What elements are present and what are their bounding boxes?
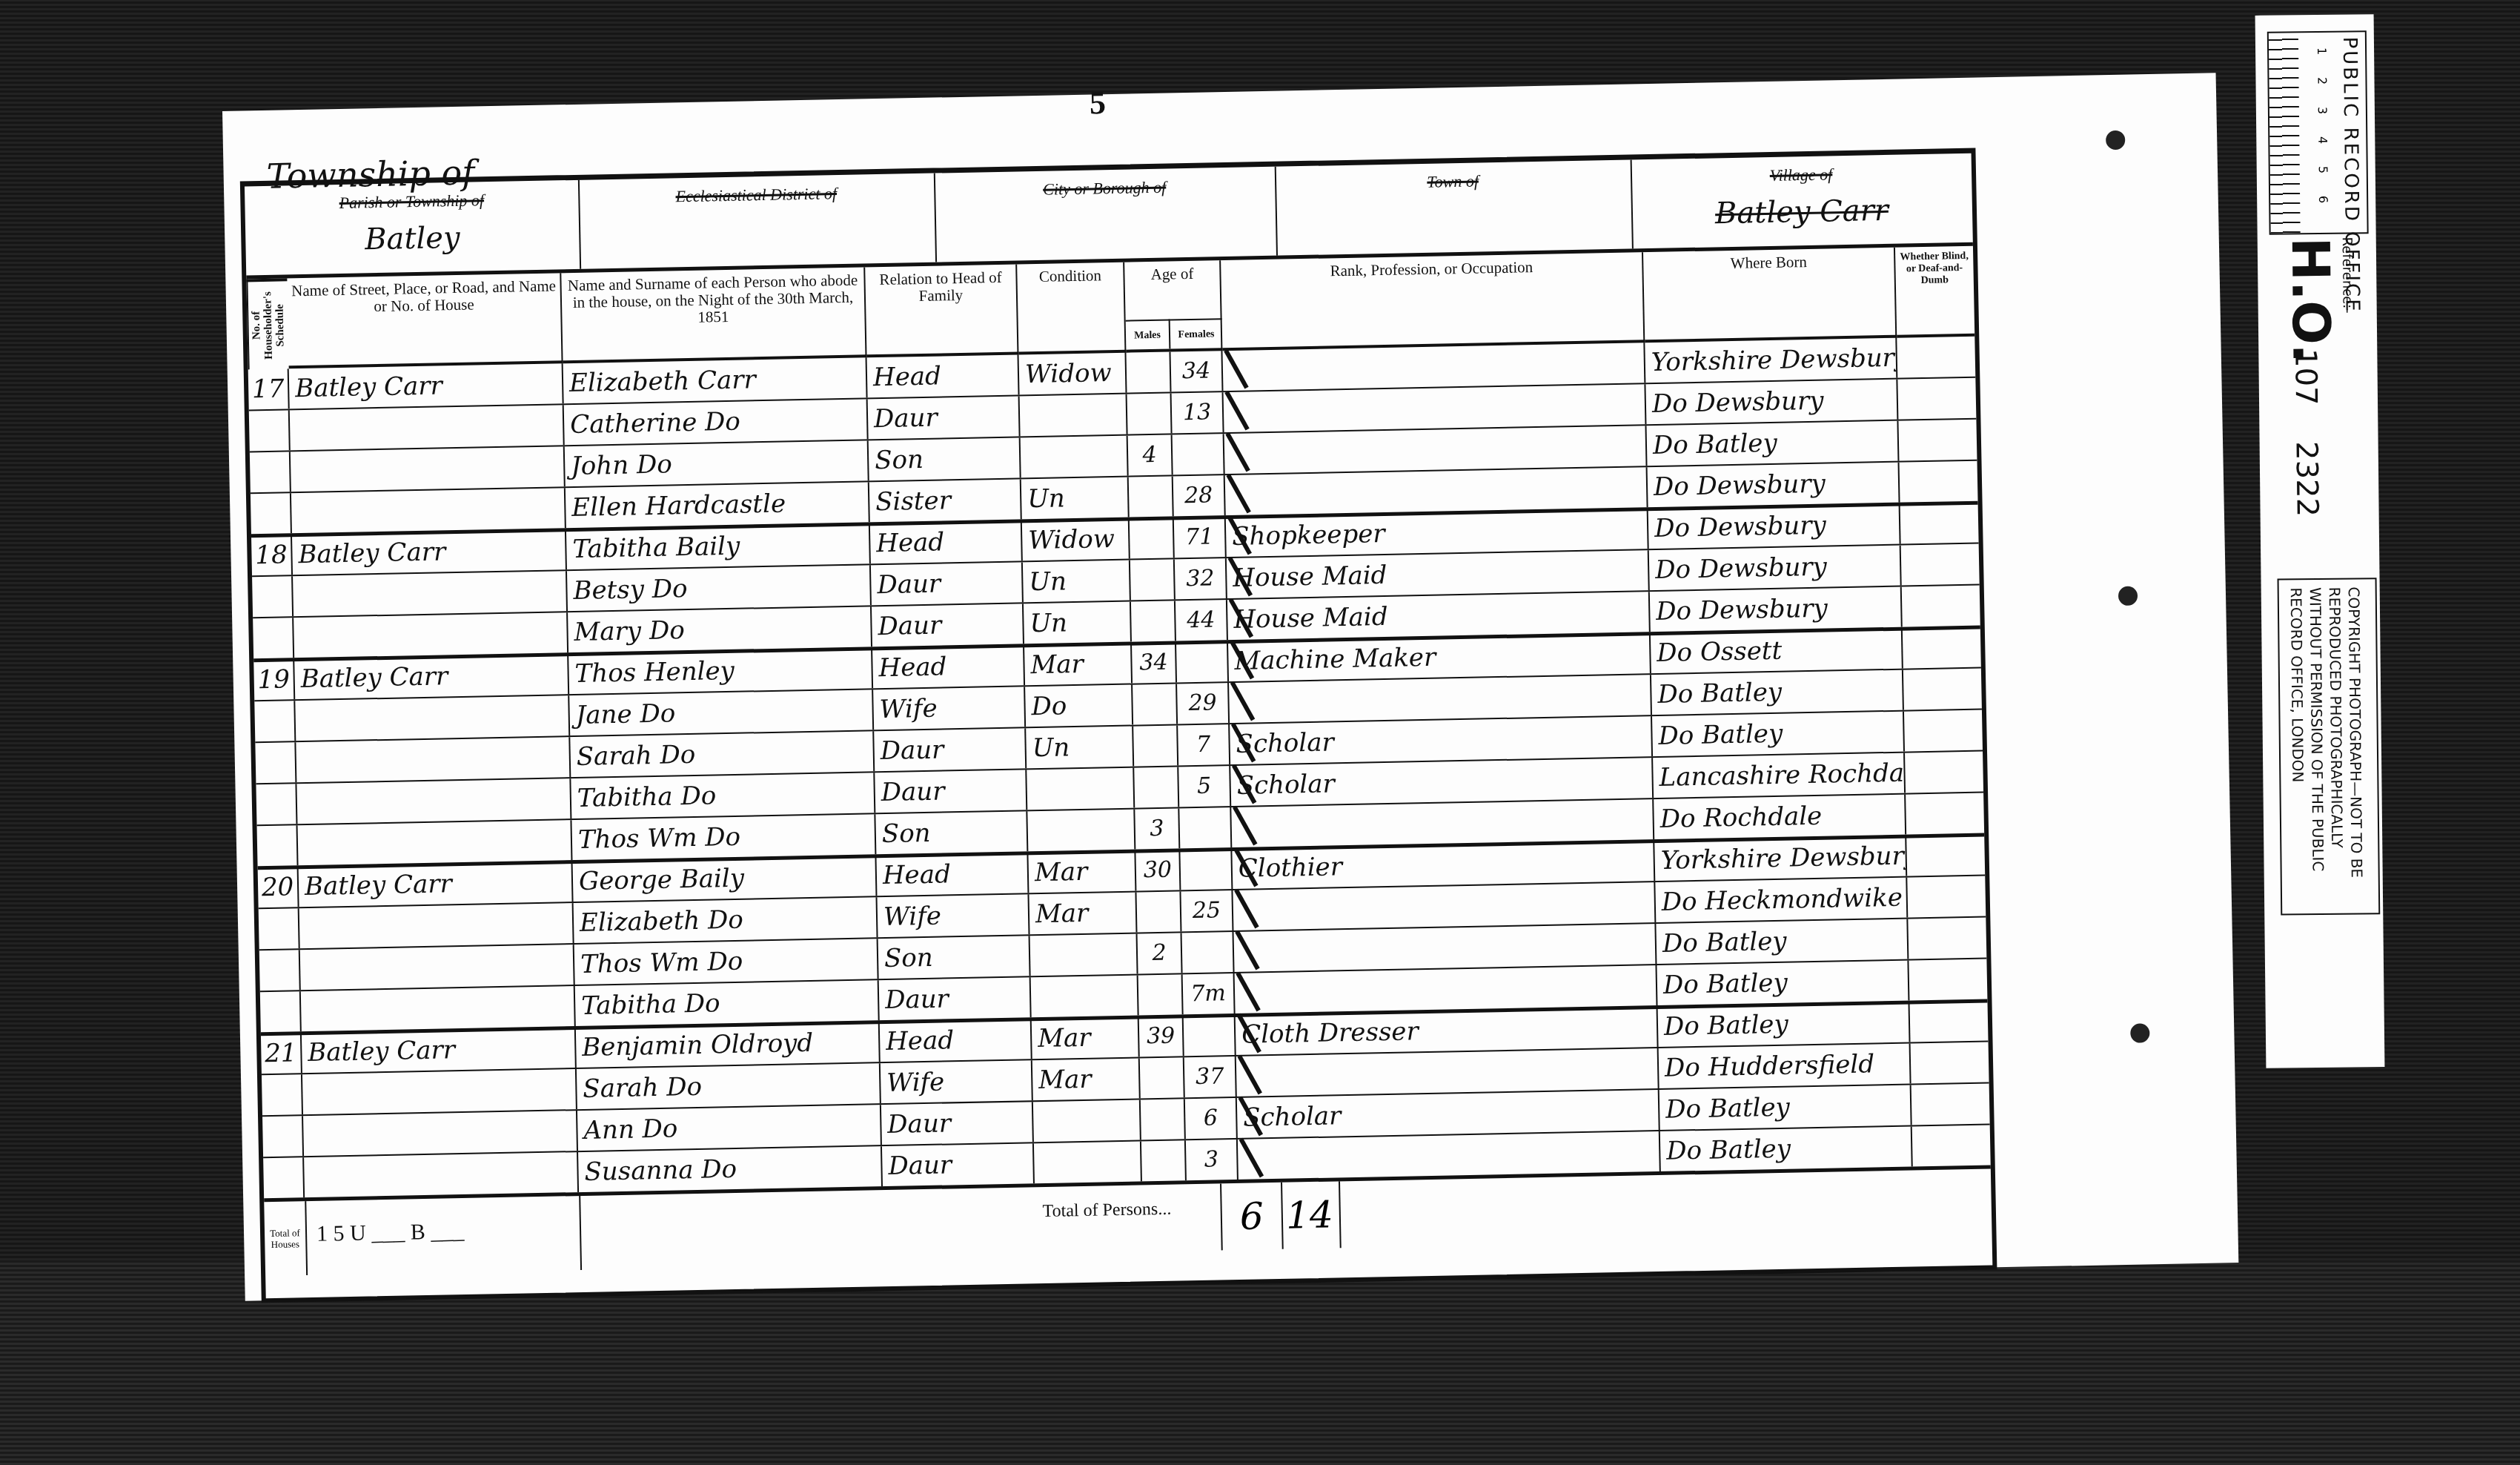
cell-relation: Daur	[872, 603, 1024, 646]
cell-male-age	[1141, 1099, 1186, 1140]
cell-male-age	[1133, 684, 1178, 724]
cell-schedule	[250, 452, 291, 492]
cell-relation: Head	[876, 853, 1029, 896]
cell-female-age: 5	[1178, 766, 1231, 807]
cell-occupation: Scholar	[1230, 758, 1654, 806]
cell-address: Batley Carr	[302, 1028, 577, 1073]
cell-male-age	[1130, 517, 1175, 558]
cell-name: Tabitha Do	[571, 773, 875, 819]
cell-schedule: 19	[253, 659, 295, 700]
cell-name: Sarah Do	[570, 731, 875, 777]
cell-condition: Un	[1023, 560, 1131, 603]
cell-occupation: House Maid	[1227, 550, 1650, 598]
cell-occupation	[1238, 1131, 1661, 1180]
cell-address	[300, 945, 575, 990]
reference-class: H.O.	[2280, 237, 2342, 364]
reference-folio: 2322	[2289, 441, 2324, 517]
cell-blind	[1903, 669, 1982, 710]
census-form: Township of Parish or Township of Batley…	[240, 148, 1997, 1303]
cell-male-age	[1126, 351, 1171, 392]
cell-address	[291, 446, 566, 492]
cell-male-age	[1141, 1140, 1187, 1181]
cell-occupation: Cloth Dresser	[1236, 1007, 1659, 1055]
cell-blind	[1905, 752, 1983, 793]
total-persons-label: Total of Persons...	[1042, 1200, 1171, 1222]
cell-schedule	[254, 701, 296, 741]
cell-condition: Mar	[1032, 1058, 1141, 1100]
cell-occupation: Scholar	[1230, 716, 1653, 764]
cell-where-born: Do Dewsbury	[1648, 504, 1901, 549]
cell-name: Susanna Do	[578, 1146, 883, 1192]
cell-relation: Head	[872, 645, 1025, 688]
cell-relation: Son	[875, 811, 1028, 854]
reference-label: Reference:-	[2339, 237, 2355, 313]
cell-condition	[1031, 975, 1139, 1017]
cell-female-age: 29	[1177, 683, 1230, 724]
cell-male-age: 39	[1139, 1016, 1184, 1056]
cell-name: Thos Wm Do	[574, 939, 879, 985]
cell-blind	[1909, 1001, 1988, 1042]
total-females: 14	[1279, 1181, 1342, 1249]
cell-male-age: 34	[1132, 642, 1177, 683]
total-houses: Total of Houses 1 5 U ___ B ___	[264, 1196, 582, 1276]
cell-occupation	[1229, 675, 1652, 723]
cell-male-age: 4	[1128, 434, 1173, 475]
cell-occupation	[1233, 882, 1656, 930]
cell-address	[291, 488, 566, 533]
cell-relation: Wife	[881, 1060, 1033, 1103]
cell-name: Tabitha Do	[575, 980, 880, 1026]
page-number: 5	[1090, 84, 1107, 122]
cell-where-born: Yorkshire Dewsbury	[1654, 836, 1907, 882]
total-houses-value: 1 5 U ___ B ___	[316, 1219, 465, 1247]
cell-condition: Do	[1025, 685, 1133, 727]
cell-address: Batley Carr	[294, 654, 569, 699]
cell-condition	[1027, 810, 1135, 852]
cell-where-born: Do Ossett	[1651, 629, 1903, 674]
cell-relation: Head	[870, 520, 1023, 563]
village-value: Batley Carr	[1631, 192, 1973, 233]
census-page: 5 Township of Parish or Township of Batl…	[222, 73, 2238, 1300]
cell-blind	[1900, 461, 1978, 503]
cell-occupation	[1225, 467, 1648, 515]
cell-where-born: Do Batley	[1660, 1126, 1913, 1171]
cell-where-born: Do Dewsbury	[1649, 546, 1902, 591]
cell-name: Benjamin Oldroyd	[576, 1022, 881, 1068]
cell-occupation	[1222, 343, 1645, 391]
cell-male-age	[1136, 891, 1181, 932]
cell-name: Betsy Do	[567, 565, 872, 611]
cell-schedule	[249, 410, 291, 451]
cell-name: Catherine Do	[564, 399, 869, 445]
cell-condition	[1034, 1141, 1142, 1183]
cell-relation: Wife	[873, 687, 1026, 730]
cell-female-age: 44	[1176, 600, 1228, 641]
cell-female-age	[1176, 641, 1229, 682]
cell-schedule	[256, 784, 297, 824]
cell-where-born: Do Batley	[1651, 670, 1904, 715]
cell-blind	[1911, 1083, 1990, 1125]
col-name: Name and Surname of each Person who abod…	[561, 267, 866, 363]
cell-occupation	[1235, 965, 1658, 1013]
cell-condition	[1021, 436, 1129, 478]
reference-piece: 107	[2288, 348, 2323, 406]
cell-blind	[1897, 337, 1975, 378]
cell-where-born: Do Huddersfield	[1659, 1044, 1911, 1089]
cell-blind	[1901, 544, 1980, 586]
cell-address	[298, 820, 573, 865]
cell-schedule	[262, 1074, 303, 1115]
cell-name: Elizabeth Do	[574, 897, 878, 943]
cell-female-age	[1182, 932, 1235, 973]
col-blind-deaf: Whether Blind, or Deaf-and-Dumb	[1895, 246, 1974, 338]
cell-name: Thos Wm Do	[571, 814, 876, 860]
total-males: 6	[1220, 1183, 1284, 1251]
cell-where-born: Do Dewsbury	[1650, 587, 1903, 632]
archive-reference-slip: 1 2 3 4 5 6 PUBLIC RECORD OFFICE Referen…	[2255, 14, 2385, 1068]
cell-condition: Un	[1026, 727, 1134, 769]
cell-female-age	[1184, 1015, 1236, 1056]
cell-condition: Widow	[1022, 519, 1130, 561]
cell-condition	[1027, 768, 1135, 810]
cell-blind	[1900, 503, 1979, 544]
cell-male-age: 3	[1135, 808, 1180, 849]
cell-relation: Son	[869, 437, 1021, 480]
cell-male-age	[1130, 559, 1176, 600]
cell-occupation	[1234, 924, 1657, 972]
ruler-ticks	[2269, 33, 2301, 233]
cell-name: Mary Do	[568, 606, 872, 652]
punch-hole	[2130, 1023, 2149, 1042]
cell-occupation: Shopkeeper	[1226, 509, 1649, 557]
cell-female-age: 3	[1186, 1140, 1239, 1180]
cell-address	[302, 1069, 577, 1114]
cell-relation: Wife	[878, 894, 1030, 937]
cell-where-born: Do Batley	[1652, 712, 1905, 757]
cell-schedule: 18	[251, 535, 293, 575]
col-where-born: Where Born	[1643, 248, 1897, 343]
cell-occupation: House Maid	[1227, 592, 1651, 640]
cell-where-born: Do Dewsbury	[1645, 380, 1898, 425]
cell-relation: Daur	[875, 770, 1027, 813]
cell-condition: Mar	[1029, 893, 1137, 935]
header-city-borough: City or Borough of	[934, 167, 1278, 262]
cell-blind	[1906, 835, 1985, 876]
cell-address	[293, 571, 568, 616]
cell-where-born: Do Dewsbury	[1648, 463, 1900, 508]
cell-male-age	[1127, 393, 1173, 434]
cell-blind	[1904, 710, 1983, 752]
cell-condition	[1033, 1099, 1141, 1142]
cell-schedule	[260, 991, 302, 1032]
col-occupation: Rank, Profession, or Occupation	[1221, 252, 1645, 351]
cell-condition: Widow	[1019, 353, 1127, 395]
cell-name: Ellen Hardcastle	[566, 482, 870, 528]
cell-male-age	[1134, 767, 1179, 807]
cell-relation: Daur	[882, 1143, 1035, 1186]
cell-address	[290, 405, 565, 450]
copyright-notice: COPYRIGHT PHOTOGRAPH—NOT TO BE REPRODUCE…	[2278, 578, 2381, 915]
header-town: Town of	[1275, 160, 1634, 256]
cell-female-age: 71	[1174, 517, 1227, 558]
cell-male-age	[1131, 601, 1176, 641]
parish-value: Batley	[245, 219, 580, 259]
cell-schedule	[262, 1116, 304, 1157]
cell-relation: Daur	[881, 1102, 1034, 1145]
header-village: Village of Batley Carr	[1631, 153, 1973, 249]
cell-name: Elizabeth Carr	[563, 357, 868, 403]
punch-hole	[2118, 586, 2138, 606]
cell-female-age: 37	[1184, 1056, 1237, 1097]
cell-occupation	[1231, 799, 1654, 847]
cell-condition: Mar	[1028, 851, 1136, 893]
cell-female-age: 25	[1181, 890, 1233, 931]
cell-where-born: Do Heckmondwike	[1655, 878, 1908, 923]
col-males: Males	[1126, 320, 1171, 350]
cell-where-born: Do Batley	[1656, 919, 1909, 965]
cell-blind	[1907, 876, 1986, 918]
cell-where-born: Do Batley	[1659, 1085, 1912, 1130]
cell-name: Ann Do	[577, 1105, 882, 1151]
cell-female-age: 7m	[1183, 973, 1236, 1014]
cell-name: John Do	[565, 440, 869, 486]
cell-condition: Un	[1021, 477, 1130, 520]
cell-where-born: Do Batley	[1658, 1002, 1911, 1048]
cell-occupation: Machine Maker	[1228, 633, 1651, 681]
cell-name: Thos Henley	[568, 648, 873, 694]
cell-address	[301, 986, 576, 1031]
cell-relation: Head	[880, 1019, 1032, 1062]
cell-relation: Daur	[871, 562, 1024, 605]
col-condition: Condition	[1017, 262, 1126, 355]
cell-female-age: 7	[1178, 724, 1230, 765]
cell-relation: Sister	[869, 479, 1022, 522]
cell-blind	[1902, 586, 1980, 627]
cell-blind	[1898, 420, 1977, 461]
cell-female-age: 34	[1170, 351, 1223, 391]
cell-name: George Baily	[573, 856, 878, 902]
cell-relation: Daur	[874, 728, 1027, 771]
cell-occupation	[1224, 384, 1647, 432]
cell-male-age: 2	[1138, 933, 1183, 973]
cell-blind	[1908, 918, 1986, 959]
cell-address: Batley Carr	[299, 862, 574, 907]
punch-hole	[2106, 130, 2125, 150]
cell-address	[294, 612, 568, 658]
cell-blind	[1912, 1125, 1991, 1166]
col-females: Females	[1170, 318, 1223, 348]
cell-male-age	[1140, 1057, 1185, 1098]
cell-address	[295, 695, 570, 741]
col-age: Age of Males Females	[1124, 260, 1222, 352]
cell-schedule	[263, 1157, 305, 1198]
cell-condition: Un	[1024, 602, 1132, 644]
cell-condition	[1030, 934, 1138, 976]
cell-condition: Mar	[1024, 644, 1133, 686]
cell-occupation	[1224, 426, 1648, 474]
cell-female-age	[1179, 807, 1232, 848]
cell-occupation	[1236, 1048, 1659, 1097]
cell-condition: Mar	[1032, 1016, 1140, 1059]
cell-blind	[1903, 627, 1981, 669]
cell-where-born: Yorkshire Dewsbury	[1645, 338, 1897, 383]
header-ecclesiastical: Ecclesiastical District of	[578, 173, 937, 269]
cell-relation: Daur	[868, 396, 1021, 439]
cell-address	[296, 778, 571, 824]
cell-male-age	[1138, 974, 1184, 1015]
cell-male-age	[1129, 476, 1174, 517]
cell-occupation: Scholar	[1237, 1090, 1660, 1138]
cell-female-age	[1180, 849, 1233, 890]
cell-address	[296, 737, 571, 782]
cell-blind	[1909, 959, 1987, 1001]
cell-name: Tabitha Baily	[566, 523, 871, 569]
cell-female-age: 6	[1185, 1098, 1238, 1139]
cell-blind	[1911, 1042, 1989, 1083]
cell-address: Batley Carr	[292, 529, 567, 575]
cell-schedule	[259, 908, 300, 949]
cell-condition	[1020, 394, 1128, 437]
cell-schedule	[253, 618, 294, 658]
cell-name: Jane Do	[569, 689, 874, 735]
cell-schedule: 20	[258, 867, 299, 907]
cell-schedule	[259, 950, 301, 991]
cell-where-born: Lancashire Rochdale	[1653, 753, 1906, 798]
cell-blind	[1906, 793, 1984, 835]
col-address: Name of Street, Place, or Road, and Name…	[287, 273, 563, 368]
cell-relation: Head	[867, 354, 1020, 397]
cell-female-age: 13	[1172, 392, 1224, 433]
cell-address: Batley Carr	[289, 363, 564, 409]
cell-female-age	[1173, 434, 1225, 474]
cell-female-age: 28	[1173, 475, 1226, 516]
col-schedule: No. of Householder's Schedule	[246, 278, 288, 369]
cell-schedule	[255, 742, 296, 783]
cell-schedule: 17	[248, 368, 290, 409]
cell-schedule	[251, 493, 292, 534]
cell-schedule	[252, 576, 294, 617]
cell-male-age: 30	[1135, 850, 1181, 890]
cell-address	[299, 903, 574, 948]
col-relation: Relation to Head of Family	[865, 264, 1018, 357]
cell-where-born: Do Batley	[1646, 421, 1899, 466]
cell-schedule	[257, 825, 299, 866]
cell-female-age: 32	[1175, 558, 1227, 599]
cell-blind	[1897, 378, 1976, 420]
cell-occupation: Clothier	[1232, 841, 1655, 889]
cell-where-born: Do Batley	[1657, 961, 1909, 1006]
cell-address	[303, 1111, 578, 1156]
header-parish: Parish or Township of Batley	[245, 180, 581, 276]
cell-relation: Son	[878, 936, 1031, 979]
cell-where-born: Do Rochdale	[1654, 795, 1906, 840]
cell-address	[304, 1152, 579, 1197]
cell-schedule: 21	[261, 1033, 302, 1074]
cell-name: Sarah Do	[577, 1063, 881, 1109]
cell-male-age	[1133, 725, 1178, 766]
cell-relation: Daur	[879, 977, 1032, 1020]
